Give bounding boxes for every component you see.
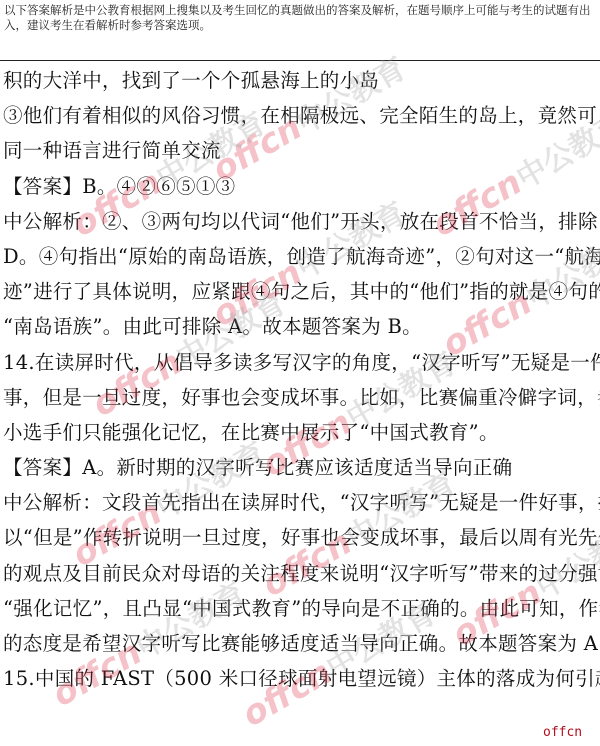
question-15-line: 15.中国的 FAST（500 米口径球面射电望远镜）主体的落成为何引起海内外 [3, 661, 599, 696]
analysis-line: 迹”进行了具体说明，应紧跟④句之后，其中的“他们”指的就是④句的 [3, 274, 599, 309]
analysis-line: D。④句指出“原始的南岛语族，创造了航海奇迹”，②句对这一“航海奇 [3, 239, 599, 274]
header-divider [0, 60, 600, 61]
offcn-logo: offcn [543, 725, 582, 740]
analysis-line: 中公解析：②、③两句均以代词“他们”开头，放在段首不恰当，排除 C、 [3, 204, 599, 239]
analysis-line: 中公解析：文段首先指出在读屏时代，“汉字听写”无疑是一件好事，接着 [3, 485, 599, 520]
analysis-line: “强化记忆”，且凸显“中国式教育”的导向是不正确的。由此可知，作者 [3, 591, 599, 626]
analysis-line: 的观点及目前民众对母语的关注程度来说明“汉字听写”带来的过分强调 [3, 556, 599, 591]
text-line: ③他们有着相似的风俗习惯，在相隔极远、完全陌生的岛上，竟然可以用 [3, 98, 599, 133]
document-body: 积的大洋中，找到了一个个孤悬海上的小岛 ③他们有着相似的风俗习惯，在相隔极远、完… [3, 63, 599, 696]
answer-line-14: 【答案】A。新时期的汉字听写比赛应该适度适当导向正确 [3, 450, 599, 485]
analysis-line: “南岛语族”。由此可排除 A。故本题答案为 B。 [3, 309, 599, 344]
answer-line-13: 【答案】B。④②⑥⑤①③ [3, 169, 599, 204]
question-14-line: 事，但是一旦过度，好事也会变成坏事。比如，比赛偏重冷僻字词，参赛 [3, 380, 599, 415]
analysis-line: 的态度是希望汉字听写比赛能够适度适当导向正确。故本题答案为 A [3, 626, 599, 661]
text-line: 同一种语言进行简单交流 [3, 133, 599, 168]
disclaimer-notice: 以下答案解析是中公教育根据网上搜集以及考生回忆的真题做出的答案及解析，在题号顺序… [4, 3, 596, 33]
question-14-line: 小选手们只能强化记忆，在比赛中展示了“中国式教育”。 [3, 415, 599, 450]
analysis-line: 以“但是”作转折说明一旦过度，好事也会变成坏事，最后以周有光先生 [3, 520, 599, 555]
text-line: 积的大洋中，找到了一个个孤悬海上的小岛 [3, 63, 599, 98]
question-14-line: 14.在读屏时代，从倡导多读多写汉字的角度，“汉字听写”无疑是一件好 [3, 345, 599, 380]
